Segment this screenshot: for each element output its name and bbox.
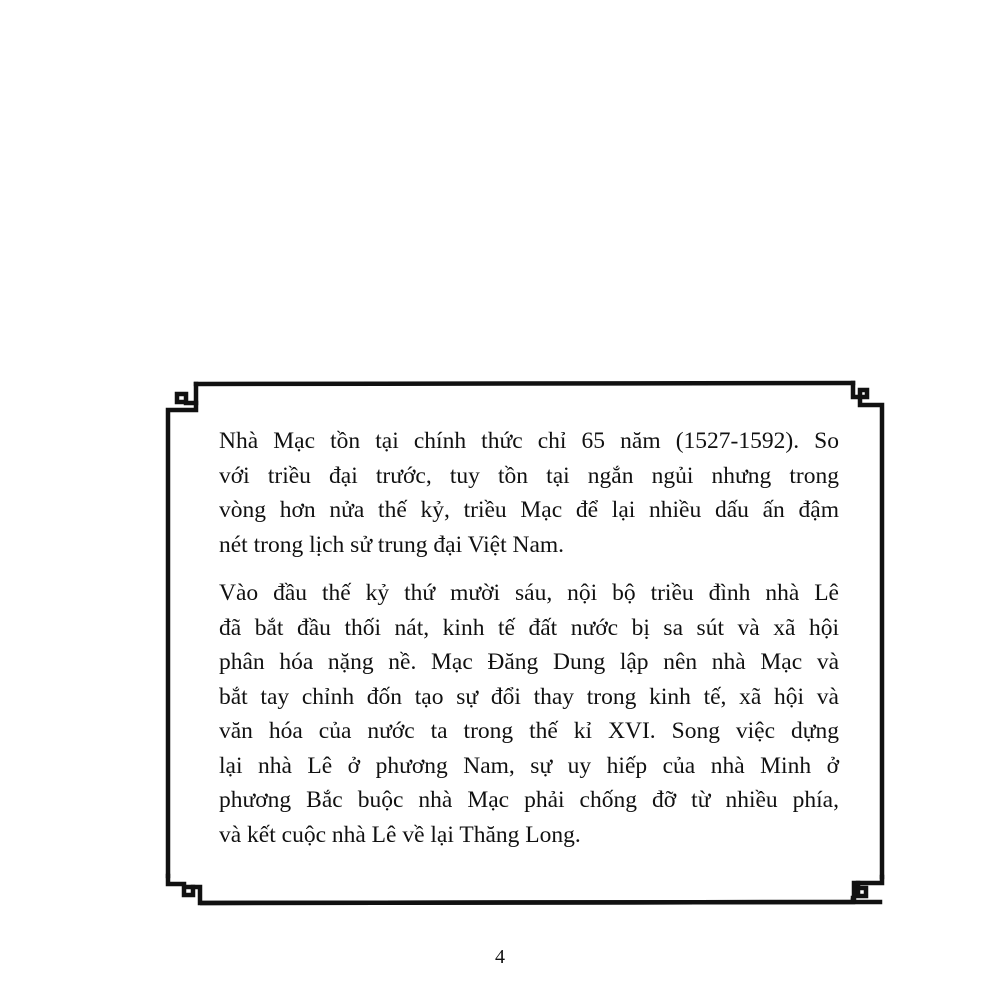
text-line: đã bắt đầu thối nát, kinh tế đất nước bị… <box>219 611 839 646</box>
text-line: và kết cuộc nhà Lê về lại Thăng Long. <box>219 818 839 853</box>
text-line: vòng hơn nửa thế kỷ, triều Mạc để lại nh… <box>219 493 839 528</box>
text-line: phân hóa nặng nề. Mạc Đăng Dung lập nên … <box>219 645 839 680</box>
corner-ornament-bottom-left-icon <box>168 876 193 895</box>
text-line: bắt tay chỉnh đốn tạo sự đổi thay trong … <box>219 680 839 715</box>
text-line: Nhà Mạc tồn tại chính thức chỉ 65 năm (1… <box>219 424 839 459</box>
text-line: Vào đầu thế kỷ thứ mười sáu, nội bộ triề… <box>219 576 839 611</box>
text-line: phương Bắc buộc nhà Mạc phải chống đỡ từ… <box>219 783 839 818</box>
text-line: với triều đại trước, tuy tồn tại ngắn ng… <box>219 459 839 494</box>
text-line: lại nhà Lê ở phương Nam, sự uy hiếp của … <box>219 749 839 784</box>
corner-ornament-top-left-icon <box>196 383 853 384</box>
corner-ornament-bottom-right-icon <box>858 877 882 896</box>
corner-ornament-top-right-icon <box>853 383 882 877</box>
body-text: Nhà Mạc tồn tại chính thức chỉ 65 năm (1… <box>219 424 839 852</box>
page-number: 4 <box>0 946 1000 969</box>
paragraph-2: Vào đầu thế kỷ thứ mười sáu, nội bộ triề… <box>219 576 839 852</box>
paragraph-1: Nhà Mạc tồn tại chính thức chỉ 65 năm (1… <box>219 424 839 562</box>
text-line: văn hóa của nước ta trong thế kỉ XVI. So… <box>219 714 839 749</box>
text-line: nét trong lịch sử trung đại Việt Nam. <box>219 528 839 563</box>
